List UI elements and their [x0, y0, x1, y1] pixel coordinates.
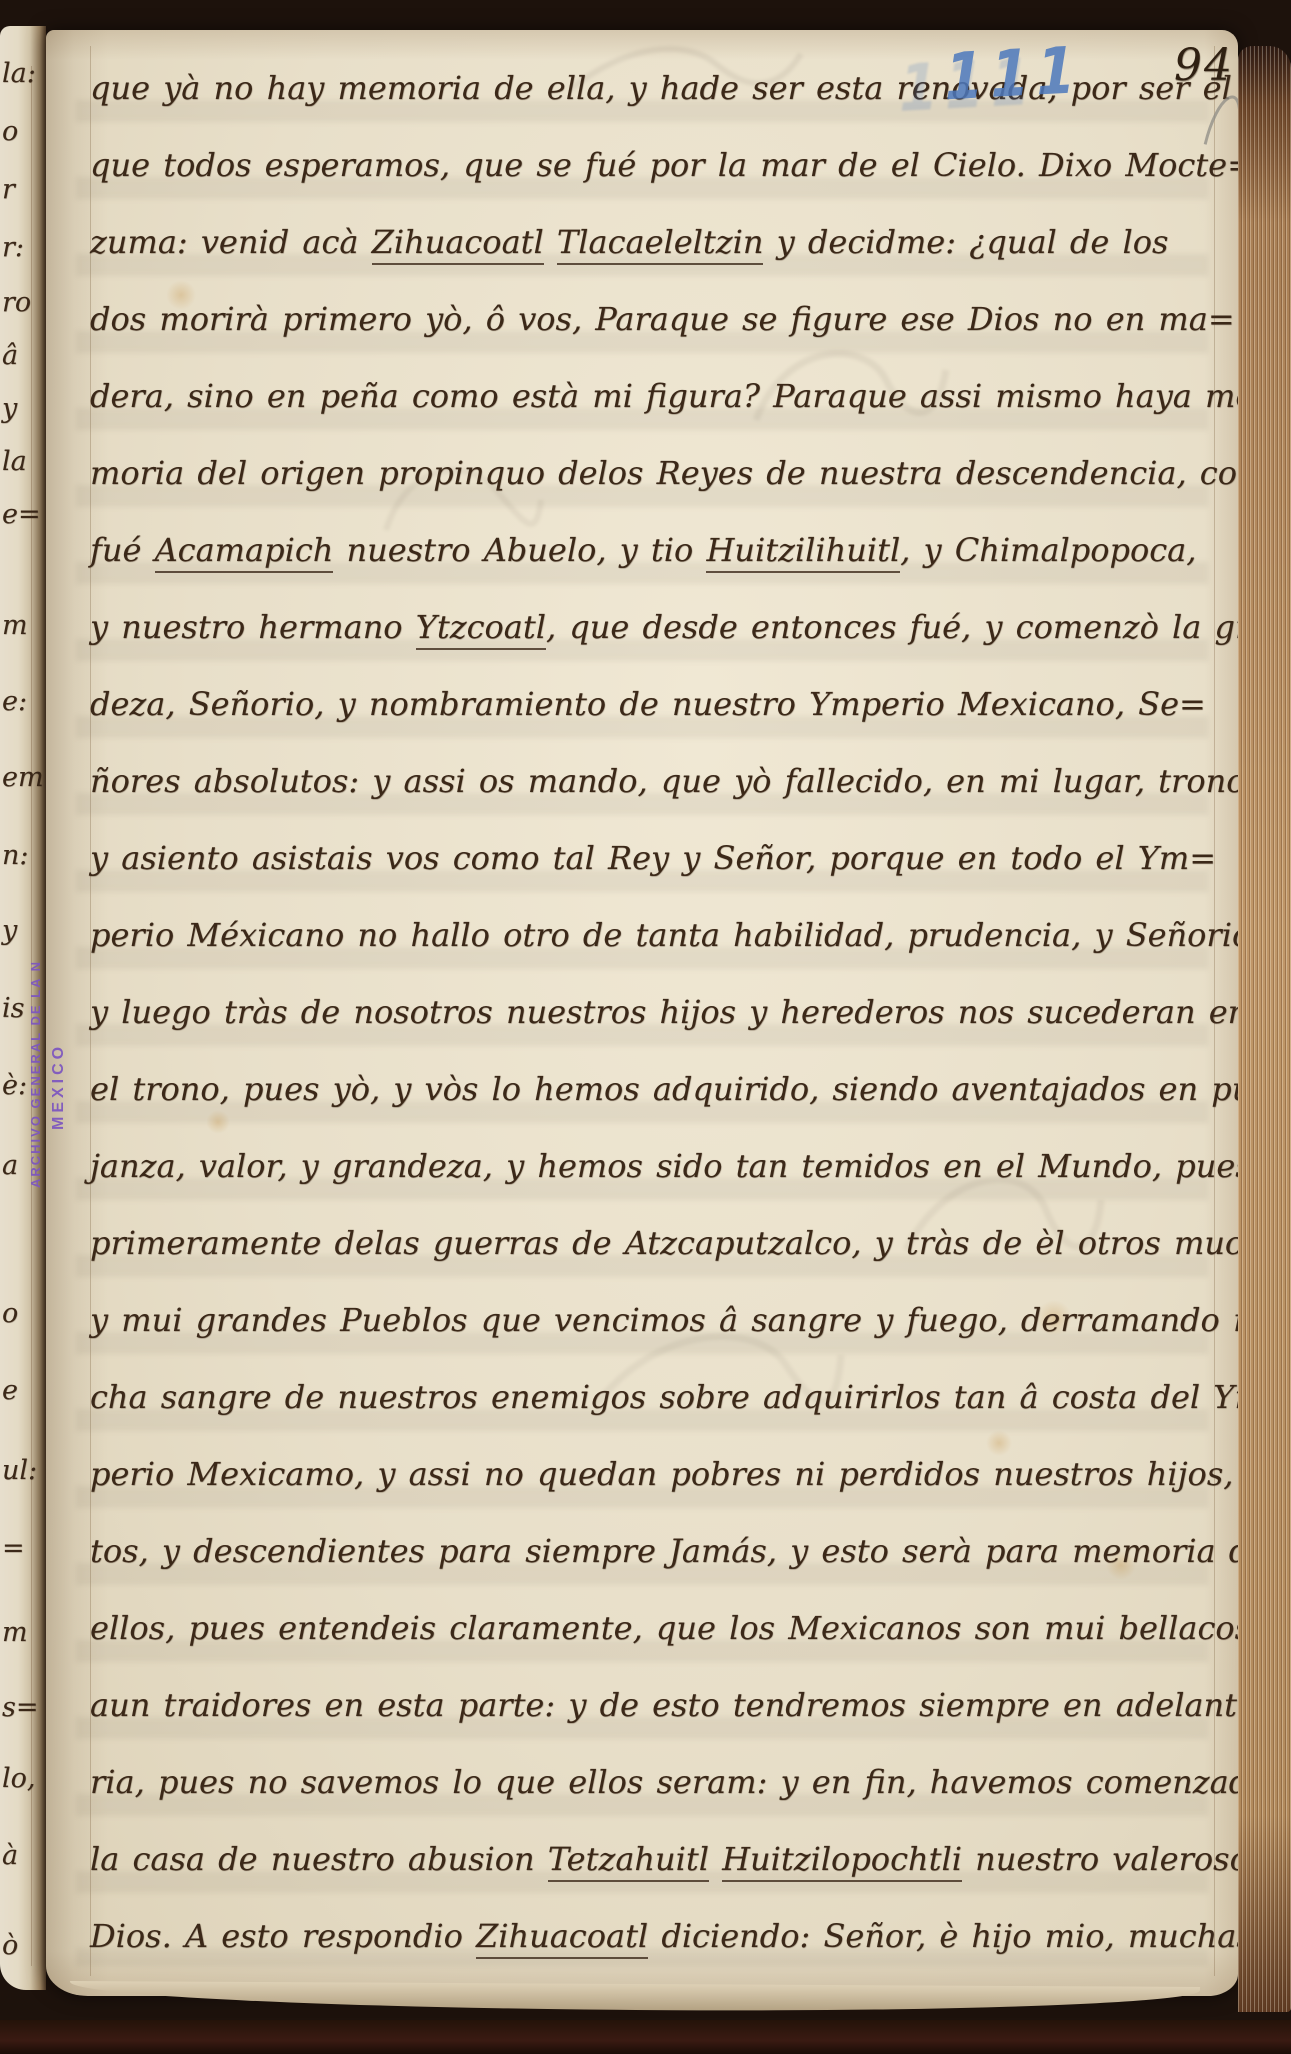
- underlined-name: Acamapich: [155, 531, 334, 573]
- manuscript-text-segment: nuestro valeroso: [962, 1840, 1249, 1878]
- page-bottom-curl: [70, 1981, 1200, 2013]
- manuscript-line: Dios. A esto respondio Zihuacoatl dicien…: [90, 1900, 1240, 1977]
- manuscript-line: fué Acamapich nuestro Abuelo, y tio Huit…: [90, 514, 1240, 591]
- manuscript-text-segment: ñores absolutos: y assi os mando, que yò…: [90, 762, 1256, 800]
- underlined-name: Huitzilopochtli: [722, 1840, 962, 1882]
- manuscript-page: que yà no hay memoria de ella, y hade se…: [46, 30, 1238, 1996]
- facing-page-fragment: e=: [2, 499, 41, 530]
- facing-page-fragment: r: [2, 174, 15, 205]
- manuscript-line: y asiento asistais vos como tal Rey y Se…: [90, 822, 1240, 899]
- manuscript-text-segment: la casa de nuestro abusion: [90, 1840, 548, 1878]
- manuscript-line: tos, y descendientes para siempre Jamás,…: [90, 1515, 1240, 1592]
- manuscript-line: cha sangre de nuestros enemigos sobre ad…: [90, 1361, 1240, 1438]
- book-cover-bottom: [0, 2020, 1291, 2054]
- facing-page-fragment: em: [2, 762, 44, 793]
- manuscript-text-segment: fué: [90, 531, 155, 569]
- facing-page-fragment: m: [2, 610, 28, 641]
- manuscript-text-segment: primeramente delas guerras de Atzcaputza…: [90, 1224, 1291, 1262]
- manuscript-line: ria, pues no savemos lo que ellos seram:…: [90, 1746, 1240, 1823]
- manuscript-text-segment: deza, Señorio, y nombramiento de nuestro…: [90, 685, 1206, 723]
- underlined-name: Huitzilihuitl: [706, 531, 900, 573]
- facing-page-fragment: ul:: [2, 1455, 37, 1486]
- manuscript-text-segment: Dios. A esto respondio: [90, 1917, 476, 1955]
- manuscript-text-segment: , que desde entonces fué, y comenzò la g…: [546, 608, 1291, 646]
- manuscript-text-segment: janza, valor, y grandeza, y hemos sido t…: [90, 1147, 1291, 1185]
- manuscript-text-segment: ellos, pues entendeis claramente, que lo…: [90, 1609, 1291, 1647]
- manuscript-line: ñores absolutos: y assi os mando, que yò…: [90, 745, 1240, 822]
- facing-page-fragment: e: [2, 1375, 18, 1406]
- manuscript-text-segment: perio Mexicamo, y assi no quedan pobres …: [90, 1455, 1291, 1493]
- manuscript-line: zuma: venid acà Zihuacoatl Tlacaeleltzin…: [90, 206, 1240, 283]
- facing-page-fragment: la:: [2, 58, 36, 89]
- manuscript-line: dera, sino en peña como està mi figura? …: [90, 360, 1240, 437]
- manuscript-text-segment: que yà no hay memoria de ella, y hade se…: [90, 69, 1291, 107]
- manuscript-line: ellos, pues entendeis claramente, que lo…: [90, 1592, 1240, 1669]
- manuscript-text-segment: que todos esperamos, que se fué por la m…: [90, 146, 1254, 184]
- manuscript-text-segment: zuma: venid acà: [90, 223, 372, 261]
- facing-page-fragment: r:: [2, 232, 24, 263]
- facing-page-fragment: y: [2, 915, 17, 946]
- underlined-name: Ytzcoatl: [416, 608, 546, 650]
- facing-page-fragment: o: [2, 116, 18, 147]
- underlined-name: Zihuacoatl: [372, 223, 544, 265]
- manuscript-line: janza, valor, y grandeza, y hemos sido t…: [90, 1130, 1240, 1207]
- facing-page-fragment: ro: [2, 287, 31, 318]
- manuscript-text-segment: y asiento asistais vos como tal Rey y Se…: [90, 839, 1216, 877]
- manuscript-line: primeramente delas guerras de Atzcaputza…: [90, 1207, 1240, 1284]
- manuscript-text-segment: y decidme: ¿qual de los: [763, 223, 1168, 261]
- facing-page-fragment: m: [2, 1617, 28, 1648]
- underlined-name: Zihuacoatl: [476, 1917, 648, 1959]
- facing-page-fragment: à: [2, 1840, 18, 1871]
- manuscript-text-segment: ria, pues no savemos lo que ellos seram:…: [90, 1763, 1291, 1801]
- manuscript-text-segment: [544, 223, 557, 261]
- facing-page-fragment: la: [2, 446, 27, 477]
- manuscript-text-segment: dos morirà primero yò, ô vos, Paraque se…: [90, 300, 1235, 338]
- archive-stamp-line-1: ARCHIVO GENERAL DE LA N: [28, 948, 43, 1188]
- manuscript-line: deza, Señorio, y nombramiento de nuestro…: [90, 668, 1240, 745]
- manuscript-line: y nuestro hermano Ytzcoatl, que desde en…: [90, 591, 1240, 668]
- facing-page-fragment: n:: [2, 840, 29, 871]
- manuscript-text-segment: y luego tràs de nosotros nuestros hijos …: [90, 993, 1248, 1031]
- manuscript-text-segment: cha sangre de nuestros enemigos sobre ad…: [90, 1378, 1291, 1416]
- manuscript-line: y mui grandes Pueblos que vencimos â san…: [90, 1284, 1240, 1361]
- manuscript-line: y luego tràs de nosotros nuestros hijos …: [90, 976, 1240, 1053]
- manuscript-text-segment: moria del origen propinquo delos Reyes d…: [90, 454, 1287, 492]
- manuscript-line: perio Mexicamo, y assi no quedan pobres …: [90, 1438, 1240, 1515]
- manuscript-line: el trono, pues yò, y vòs lo hemos adquir…: [90, 1053, 1240, 1130]
- manuscript-line: dos morirà primero yò, ô vos, Paraque se…: [90, 283, 1240, 360]
- facing-page-fragment: =: [2, 1533, 25, 1564]
- manuscript-text-segment: el trono, pues yò, y vòs lo hemos adquir…: [90, 1070, 1279, 1108]
- manuscript-text-segment: y mui grandes Pueblos que vencimos â san…: [90, 1301, 1291, 1339]
- book-fore-edge: [1238, 46, 1291, 2012]
- facing-page-fragment: â: [2, 340, 18, 371]
- manuscript-text-segment: nuestro Abuelo, y tio: [333, 531, 706, 569]
- manuscript-text-segment: diciendo: Señor, è hijo mio, muchas: [648, 1917, 1253, 1955]
- facing-page-fragment: e:: [2, 686, 27, 717]
- facing-page-fragment: lo,: [2, 1763, 35, 1794]
- manuscript-line: la casa de nuestro abusion Tetzahuitl Hu…: [90, 1823, 1240, 1900]
- facing-page-fragment: a: [2, 1150, 18, 1181]
- underlined-name: Tlacaeleltzin: [557, 223, 764, 265]
- archive-stamp-line-2: MEXICO: [50, 970, 68, 1130]
- facing-page-fragment: ò: [2, 1930, 18, 1961]
- manuscript-line: que todos esperamos, que se fué por la m…: [90, 129, 1240, 206]
- manuscript-text-segment: tos, y descendientes para siempre Jamás,…: [90, 1532, 1268, 1570]
- facing-page-fragment: o: [2, 1298, 18, 1329]
- manuscript-text-segment: [709, 1840, 722, 1878]
- archive-stamp: ARCHIVO GENERAL DE LA N MEXICO: [20, 948, 72, 1188]
- manuscript-line: moria del origen propinquo delos Reyes d…: [90, 437, 1240, 514]
- manuscript-line: aun traidores en esta parte: y de esto t…: [90, 1669, 1240, 1746]
- manuscript-text-segment: perio Méxicano no hallo otro de tanta ha…: [90, 916, 1262, 954]
- facing-page-fragment: y: [2, 393, 17, 424]
- manuscript-text-block: que yà no hay memoria de ella, y hade se…: [90, 52, 1240, 1977]
- facing-page-fragment: s=: [2, 1692, 38, 1723]
- manuscript-text-segment: dera, sino en peña como està mi figura? …: [90, 377, 1281, 415]
- manuscript-text-segment: , y Chimalpopoca,: [900, 531, 1196, 569]
- underlined-name: Tetzahuitl: [548, 1840, 709, 1882]
- manuscript-text-segment: y nuestro hermano: [90, 608, 416, 646]
- manuscript-line: perio Méxicano no hallo otro de tanta ha…: [90, 899, 1240, 976]
- blue-crayon-annotation: 111: [938, 33, 1088, 116]
- manuscript-text-segment: aun traidores en esta parte: y de esto t…: [90, 1686, 1291, 1724]
